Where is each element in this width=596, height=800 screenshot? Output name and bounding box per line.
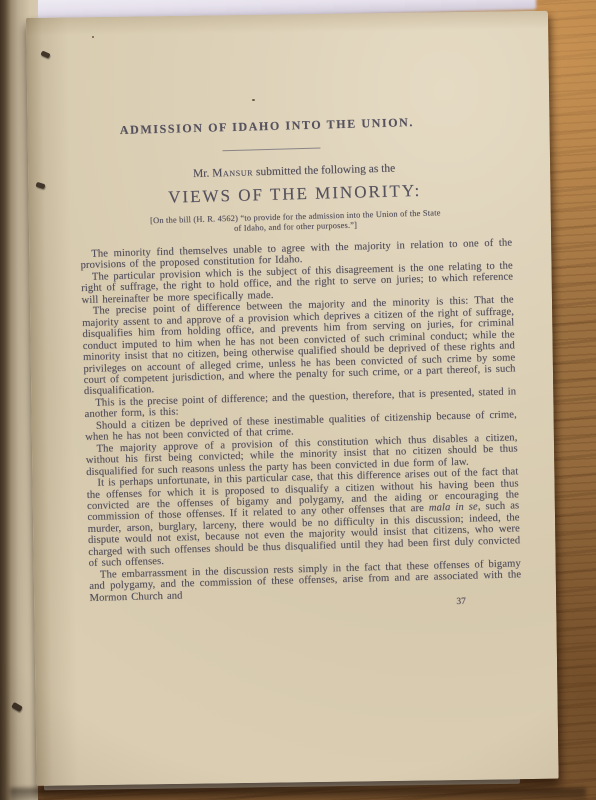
page-bottom-shadow <box>10 788 586 800</box>
body-paragraph: The precise point of difference between … <box>82 295 516 398</box>
page-subtitle: VIEWS OF THE MINORITY: <box>79 178 511 210</box>
submitted-prefix: Mr. <box>193 167 212 180</box>
submitted-rest: submitted the following as the <box>253 163 395 179</box>
paper-speck <box>252 99 255 101</box>
photo-scene: ADMISSION OF IDAHO INTO THE UNION. Mr. M… <box>0 0 596 800</box>
bill-note-line-2: of Idaho, and for other purposes.”] <box>234 221 357 233</box>
body-text: The minority find themselves unable to a… <box>80 237 521 604</box>
printed-text-block: ADMISSION OF IDAHO INTO THE UNION. Mr. M… <box>76 94 522 617</box>
paper-speck <box>92 36 94 38</box>
submitter-name: Mansur <box>212 166 253 179</box>
bill-note: [On the bill (H. R. 4562) “to provide fo… <box>79 206 511 238</box>
latin-phrase: mala in se <box>429 502 478 514</box>
body-paragraph: It is perhaps unfortunate, in this parti… <box>86 466 520 569</box>
book-page: ADMISSION OF IDAHO INTO THE UNION. Mr. M… <box>26 11 559 786</box>
page-heading: ADMISSION OF IDAHO INTO THE UNION. <box>51 113 483 140</box>
heading-divider <box>222 148 320 152</box>
